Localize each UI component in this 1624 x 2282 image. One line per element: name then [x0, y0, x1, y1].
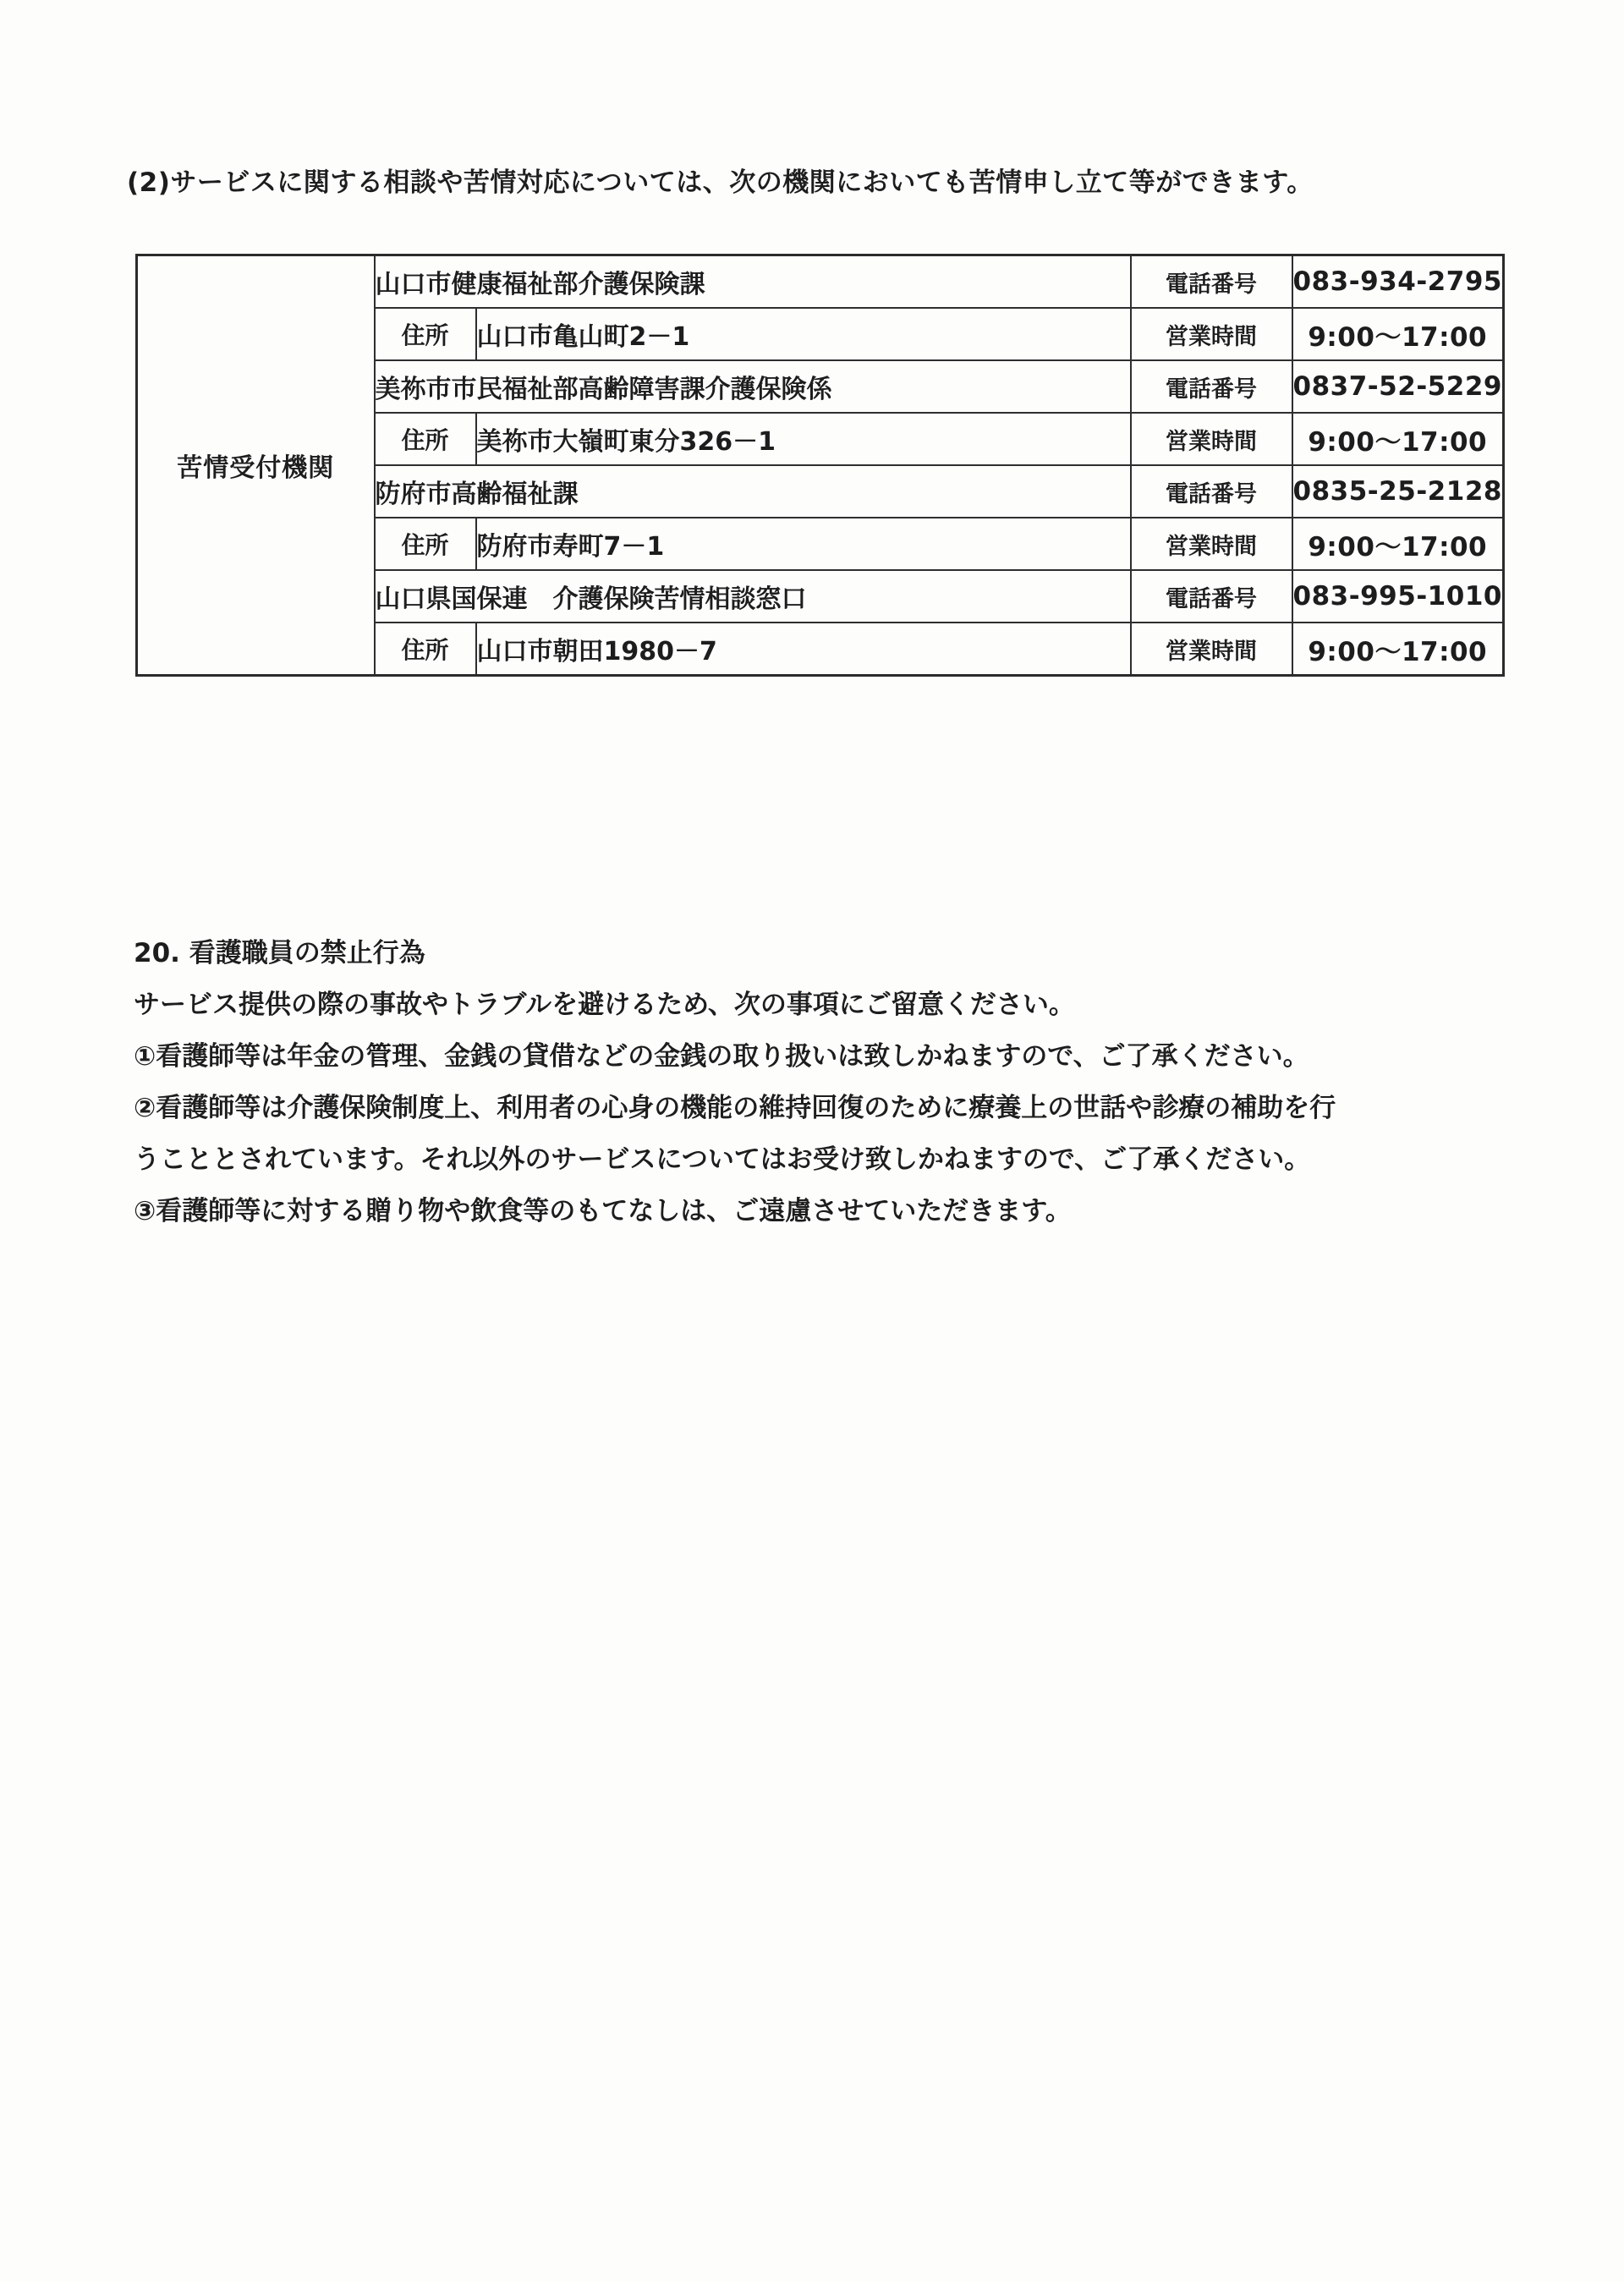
address-value: 美祢市大嶺町東分326－1 [476, 413, 1131, 465]
hours-value: 9:00〜17:00 [1292, 308, 1504, 360]
phone-label: 電話番号 [1131, 465, 1292, 518]
hours-label: 営業時間 [1131, 308, 1292, 360]
hours-value: 9:00〜17:00 [1292, 518, 1504, 570]
org-name: 山口市健康福祉部介護保険課 [375, 255, 1131, 309]
phone-label: 電話番号 [1131, 570, 1292, 623]
org-name: 防府市高齢福祉課 [375, 465, 1131, 518]
address-label: 住所 [375, 413, 476, 465]
phone-value: 083-934-2795 [1292, 255, 1504, 309]
hours-value: 9:00〜17:00 [1292, 623, 1504, 676]
phone-label: 電話番号 [1131, 255, 1292, 309]
phone-label: 電話番号 [1131, 360, 1292, 413]
phone-value: 0835-25-2128 [1292, 465, 1504, 518]
address-label: 住所 [375, 308, 476, 360]
hours-label: 営業時間 [1131, 413, 1292, 465]
section-prohibited-acts: 20. 看護職員の禁止行為 サービス提供の際の事故やトラブルを避けるため、次の事… [134, 937, 1572, 1247]
hours-label: 営業時間 [1131, 518, 1292, 570]
row-header-complaint-agencies: 苦情受付機関 [137, 255, 375, 676]
hours-label: 営業時間 [1131, 623, 1292, 676]
complaint-contacts-table: 苦情受付機関 山口市健康福祉部介護保険課 電話番号 083-934-2795 住… [135, 254, 1505, 677]
org-name: 美祢市市民福祉部高齢障害課介護保険係 [375, 360, 1131, 413]
table-row: 苦情受付機関 山口市健康福祉部介護保険課 電話番号 083-934-2795 [137, 255, 1504, 309]
phone-value: 0837-52-5229 [1292, 360, 1504, 413]
prohibited-item-3: ③看護師等に対する贈り物や飲食等のもてなしは、ご遠慮させていただきます。 [134, 1195, 1572, 1227]
address-value: 山口市亀山町2－1 [476, 308, 1131, 360]
address-value: 防府市寿町7－1 [476, 518, 1131, 570]
section-lead: サービス提供の際の事故やトラブルを避けるため、次の事項にご留意ください。 [134, 989, 1572, 1021]
section-heading: 20. 看護職員の禁止行為 [134, 937, 1572, 969]
prohibited-item-1: ①看護師等は年金の管理、金銭の貸借などの金銭の取り扱いは致しかねますので、ご了承… [134, 1040, 1572, 1072]
prohibited-item-2: ②看護師等は介護保険制度上、利用者の心身の機能の維持回復のために療養上の世話や診… [134, 1092, 1572, 1124]
address-label: 住所 [375, 623, 476, 676]
phone-value: 083-995-1010 [1292, 570, 1504, 623]
prohibited-item-2-continued: うこととされています。それ以外のサービスについてはお受け致しかねますので、ご了承… [134, 1144, 1572, 1176]
address-value: 山口市朝田1980－7 [476, 623, 1131, 676]
intro-text: (2)サービスに関する相談や苦情対応については、次の機関においても苦情申し立て等… [127, 161, 1314, 199]
hours-value: 9:00〜17:00 [1292, 413, 1504, 465]
org-name: 山口県国保連 介護保険苦情相談窓口 [375, 570, 1131, 623]
address-label: 住所 [375, 518, 476, 570]
document-page: (2)サービスに関する相談や苦情対応については、次の機関においても苦情申し立て等… [0, 0, 1624, 2282]
